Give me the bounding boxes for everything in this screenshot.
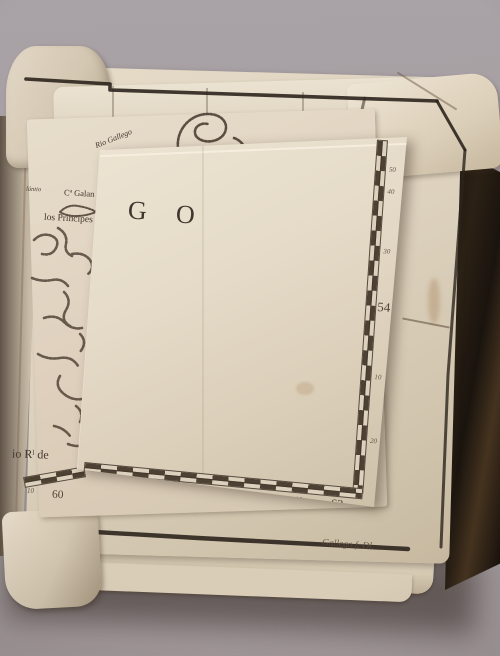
coastline-engraving (138, 104, 258, 166)
atlas-photo: Rio Gallego Cª de las Barreras Blancas C… (0, 0, 500, 656)
middle-sheet-minute-label: 10 (27, 487, 34, 495)
hill-label: Cª Galan (64, 187, 95, 199)
edge-fragment-label: lántio (26, 186, 41, 194)
caption-fragment-label: io Rˡ de (12, 446, 49, 462)
turned-pages-curl-bottom (2, 508, 103, 611)
mountain-hachures-engraving (24, 226, 120, 464)
middle-sheet-degree-label: 60 (52, 489, 64, 501)
